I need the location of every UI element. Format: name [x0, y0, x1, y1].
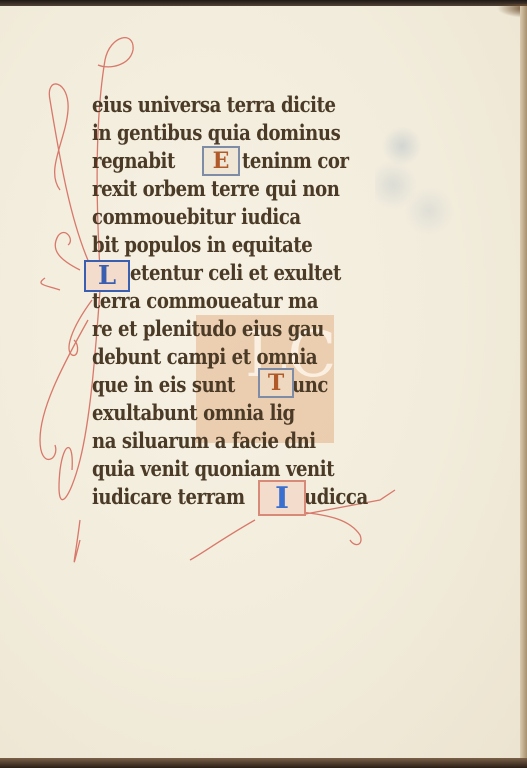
text-line-12: exultabunt omnia lig [92, 400, 295, 425]
text-line-3-tail: teninm cor [242, 148, 349, 173]
text-line-10: debunt campi et omnia [92, 344, 317, 369]
text-line-9: re et plenitudo eius gau [92, 316, 324, 341]
initial-i: I [258, 480, 306, 516]
text-line-6: bit populos in equitate [92, 232, 312, 257]
text-line-14: quia venit quoniam venit [92, 456, 334, 481]
text-line-13: na siluarum a facie dni [92, 428, 316, 453]
text-line-5: commouebitur iudica [92, 204, 301, 229]
text-line-11: que in eis sunt [92, 372, 235, 397]
text-line-11-tail: unc [292, 372, 328, 397]
text-line-15: iudicare terram [92, 484, 245, 509]
text-line-3: regnabit [92, 148, 175, 173]
text-line-7: etentur celi et exultet [130, 260, 341, 285]
initial-t: T [258, 368, 294, 398]
initial-l: L [84, 260, 130, 292]
text-line-15-tail: udicca [304, 484, 368, 509]
text-line-2: in gentibus quia dominus [92, 120, 340, 145]
initial-e: E [202, 146, 240, 176]
text-line-4: rexit orbem terre qui non [92, 176, 339, 201]
text-line-1: eius universa terra dicite [92, 92, 336, 117]
